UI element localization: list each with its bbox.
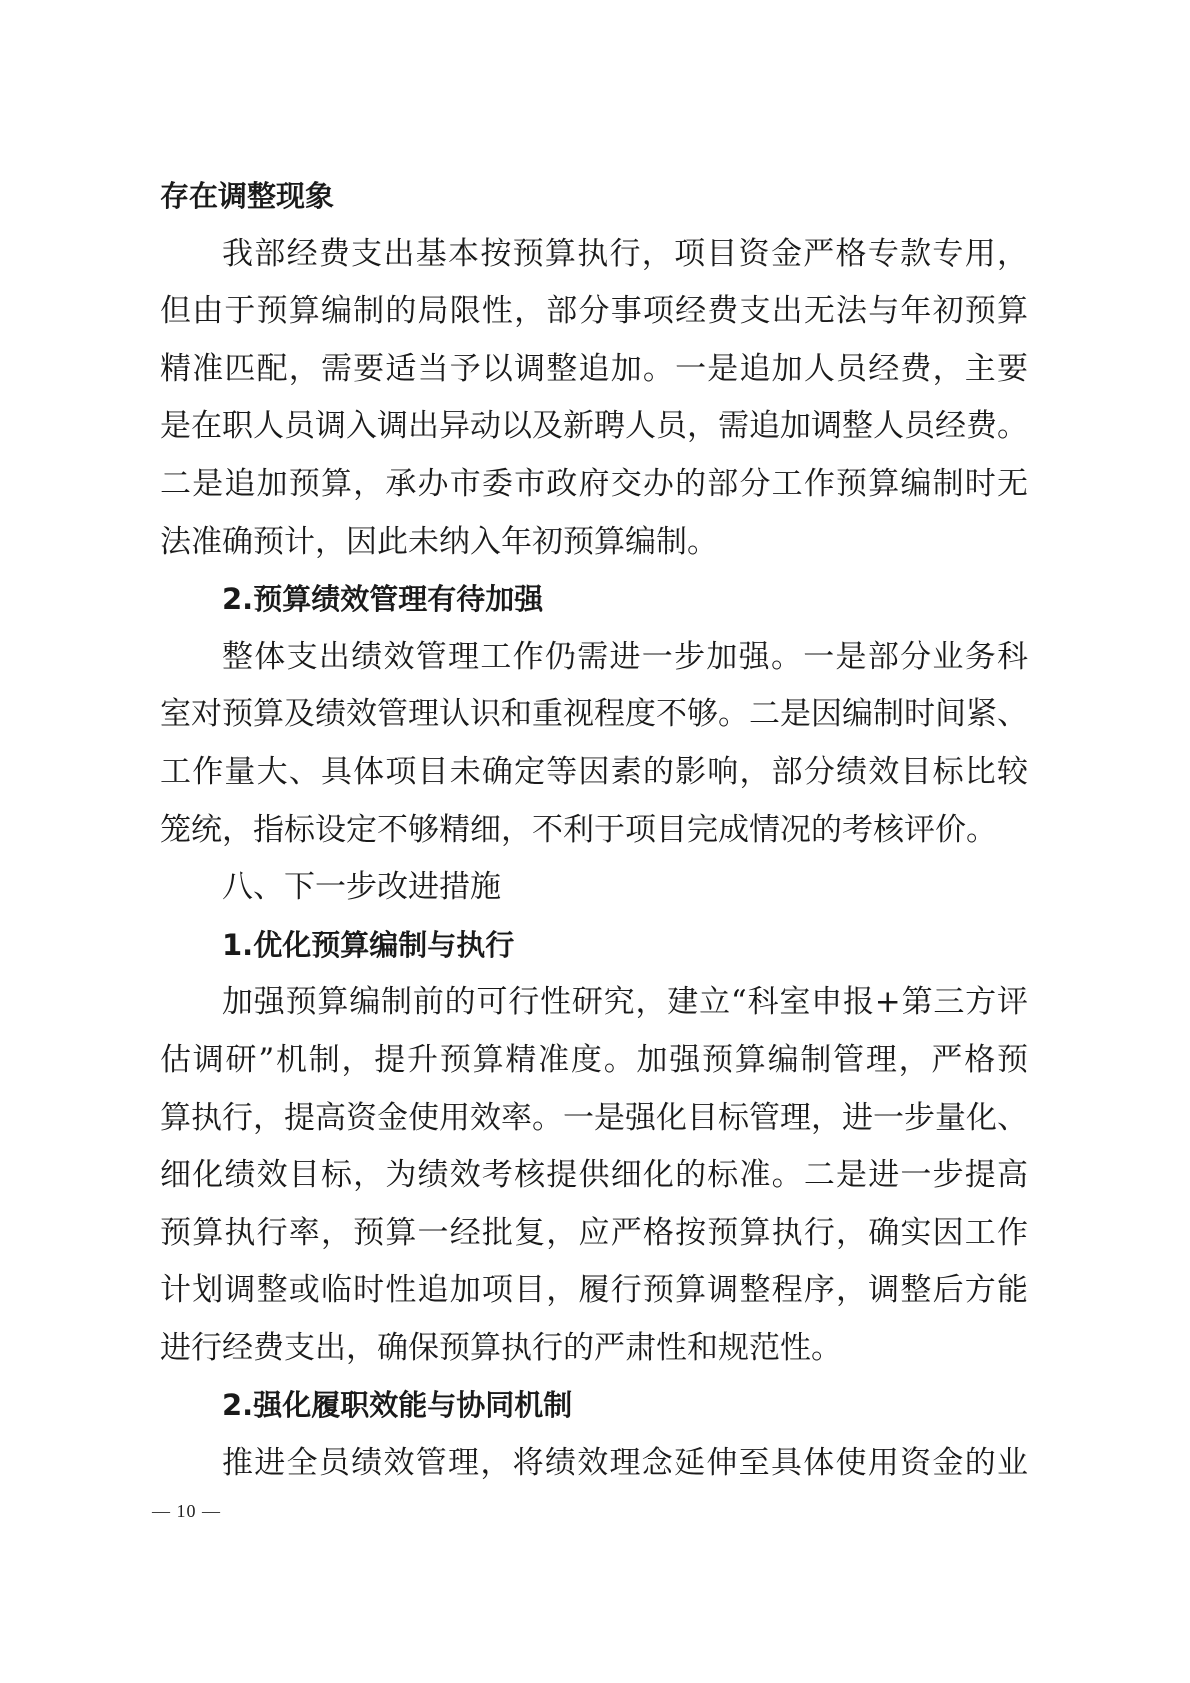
body-text-line: 进行经费支出，确保预算执行的严肃性和规范性。 [160,1320,1028,1378]
body-text-line: 推进全员绩效管理，将绩效理念延伸至具体使用资金的业 [160,1435,1028,1493]
body-text-line: 细化绩效目标，为绩效考核提供细化的标准。二是进一步提高 [160,1147,1028,1205]
chapter-heading: 八、下一步改进措施 [160,859,1028,917]
body-text-line: 计划调整或临时性追加项目，履行预算调整程序，调整后方能 [160,1262,1028,1320]
body-text-line: 二是追加预算，承办市委市政府交办的部分工作预算编制时无 [160,456,1028,514]
body-text-line: 室对预算及绩效管理认识和重视程度不够。二是因编制时间紧、 [160,686,1028,744]
section-heading: 2.预算绩效管理有待加强 [160,571,1028,629]
document-body: 存在调整现象我部经费支出基本按预算执行，项目资金严格专款专用，但由于预算编制的局… [160,168,1030,1493]
section-heading: 1.优化预算编制与执行 [160,917,1028,975]
document-page: 存在调整现象我部经费支出基本按预算执行，项目资金严格专款专用，但由于预算编制的局… [0,0,1190,1683]
body-text-line: 加强预算编制前的可行性研究，建立“科室申报+第三方评 [160,974,1028,1032]
body-text-line: 工作量大、具体项目未确定等因素的影响，部分绩效目标比较 [160,744,1028,802]
body-text-line: 估调研”机制，提升预算精准度。加强预算编制管理，严格预 [160,1032,1028,1090]
body-text-line: 算执行，提高资金使用效率。一是强化目标管理，进一步量化、 [160,1090,1028,1148]
body-text-line: 整体支出绩效管理工作仍需进一步加强。一是部分业务科 [160,629,1028,687]
section-heading: 存在调整现象 [160,168,1028,226]
body-text-line: 但由于预算编制的局限性，部分事项经费支出无法与年初预算 [160,283,1028,341]
body-text-line: 笼统，指标设定不够精细，不利于项目完成情况的考核评价。 [160,802,1028,860]
body-text-line: 预算执行率，预算一经批复，应严格按预算执行，确实因工作 [160,1205,1028,1263]
body-text-line: 法准确预计，因此未纳入年初预算编制。 [160,514,1028,572]
page-number: — 10 — [152,1501,221,1522]
section-heading: 2.强化履职效能与协同机制 [160,1377,1028,1435]
body-text-line: 是在职人员调入调出异动以及新聘人员，需追加调整人员经费。 [160,398,1028,456]
body-text-line: 我部经费支出基本按预算执行，项目资金严格专款专用， [160,226,1028,284]
body-text-line: 精准匹配，需要适当予以调整追加。一是追加人员经费，主要 [160,341,1028,399]
